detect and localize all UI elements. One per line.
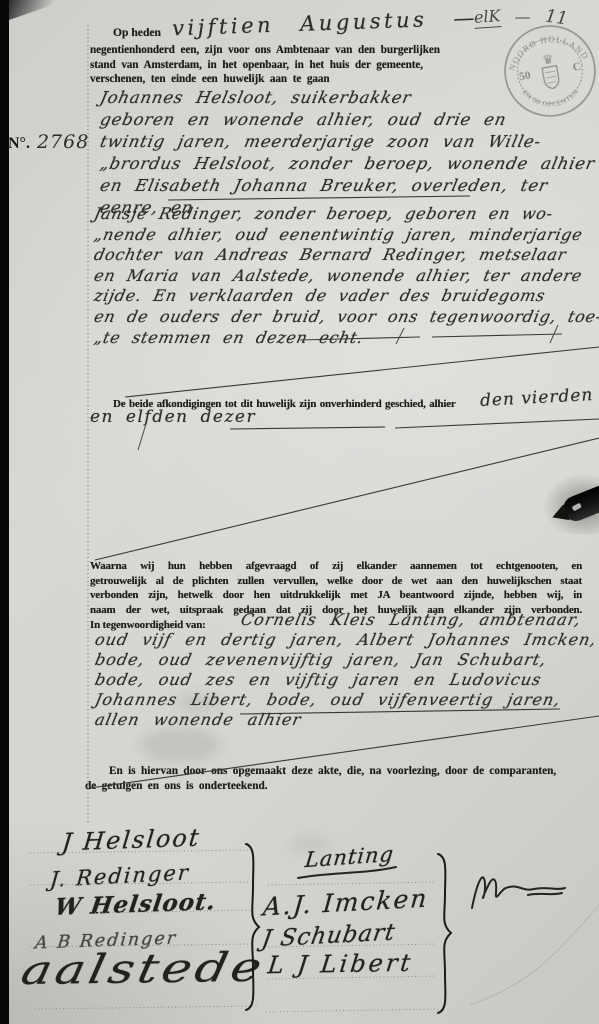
signature-witness-imcken: A.J. Imcken (262, 884, 430, 922)
corner-shadow (9, 0, 67, 20)
handwritten-date: vijftien Augustus — (172, 6, 479, 41)
signature-dotted-line (35, 1006, 258, 1009)
handwritten-line: en Maria van Aalstede, wonende alhier, t… (92, 266, 599, 287)
signature-witness-lanting: Lanting (304, 842, 395, 872)
act-number-value: 2768 (37, 131, 89, 153)
handwritten-line: bode, oud zevenenvijftig jaren, Jan Schu… (93, 650, 599, 670)
banns-date-1: den vierden (480, 385, 594, 411)
handwritten-line: „nende alhier, oud eenentwintig jaren, m… (92, 225, 599, 246)
signature-bride: J. Redinger (49, 860, 191, 891)
scanned-marriage-certificate: elK — 11 NOORD HOLLAND EN 50 OPCENTEN 50… (0, 0, 599, 1024)
banns-date-2: en elfden dezer (90, 407, 256, 427)
handwritten-line: allen wonende alhier (93, 710, 599, 730)
handwritten-line: Cornelis Kleis Lanting, ambtenaar, (239, 610, 599, 630)
signature-groom-father: W Helsloot. (53, 888, 218, 921)
handwritten-line: „brordus Helsloot, zonder beroep, wonend… (98, 153, 597, 175)
printed-line: de getuigen en ons is onderteekend. (85, 779, 556, 794)
signature-dotted-line (266, 1009, 438, 1012)
handwritten-line: oud vijf en dertig jaren, Albert Johanne… (93, 630, 599, 650)
dash: — (515, 7, 531, 28)
printed-line: negentienhonderd een, zijn voor ons Ambt… (90, 43, 440, 58)
printed-line: verbonden zijn, hetwelk door hen uitdruk… (90, 588, 582, 603)
handwritten-line: bode, oud zes en vijftig jaren en Ludovi… (93, 670, 599, 690)
shield-hatching (545, 71, 557, 83)
scratch-mark (470, 905, 599, 1005)
printed-line: En is hiervan door ons opgemaakt deze ak… (85, 764, 556, 779)
closing-paragraph: En is hiervan door ons opgemaakt deze ak… (85, 764, 556, 794)
handwritten-line: dochter van Andreas Bernard Redinger, me… (92, 245, 599, 266)
handwritten-line: zijde. En verklaarden de vader des bruid… (92, 286, 599, 307)
crown-icon: ♛ (541, 52, 554, 68)
printed-line: getrouwelijk al de plichten zullen vervu… (90, 574, 582, 589)
paraph-flourish (472, 877, 565, 908)
void-stroke (95, 438, 599, 560)
handwritten-line: en Elisabeth Johanna Breuker, overleden,… (98, 175, 597, 197)
printed-intro: negentienhonderd een, zijn voor ons Ambt… (90, 43, 440, 87)
signature-brace-middle (438, 854, 451, 1013)
handwritten-line: Johannes Libert, bode, oud vijfenveertig… (93, 690, 599, 710)
ink-smudge (140, 728, 220, 762)
handwritten-line: „te stemmen en dezen echt. (92, 328, 599, 349)
tick-stroke (138, 424, 146, 450)
signature-witness-libert: L J Libert (266, 949, 415, 980)
bride-entry: Jansje Redinger, zonder beroep, geboren … (92, 204, 599, 348)
printed-lead: Op heden (113, 26, 161, 39)
printed-line: verschenen, ten einde een huwelijk aan t… (90, 72, 440, 87)
act-number: N°. 2768 (8, 131, 89, 153)
handwritten-line: en de ouders der bruid, voor ons tegenwo… (92, 307, 599, 328)
handwritten-line: Jansje Redinger, zonder beroep, geboren … (92, 204, 599, 225)
signature-bride-mother: aalstede (17, 945, 269, 995)
handwritten-line: twintig jaren, meerderjarige zoon van Wi… (98, 131, 597, 153)
printed-line: stand van Amsterdam, in het openbaar, in… (90, 58, 440, 73)
stamp-value-right: C (572, 61, 582, 74)
handwritten-line: Johannes Helsloot, suikerbakker (98, 87, 597, 109)
printed-line: Waarna wij hun hebben afgevraagd of zij … (90, 559, 582, 574)
witnesses-entry: Cornelis Kleis Lanting, ambtenaar, oud v… (93, 610, 594, 730)
film-edge (0, 0, 9, 1024)
act-number-label: N°. (8, 135, 30, 152)
handwritten-line: geboren en wonende alhier, oud drie en (98, 109, 597, 131)
stamp-value-left: 50 (518, 70, 532, 84)
signature-witness-schubart: J Schubart (260, 919, 397, 952)
groom-entry: Johannes Helsloot, suikerbakker geboren … (98, 87, 592, 219)
fill-rule (230, 419, 599, 429)
signature-groom: J Helsloot (61, 824, 202, 857)
